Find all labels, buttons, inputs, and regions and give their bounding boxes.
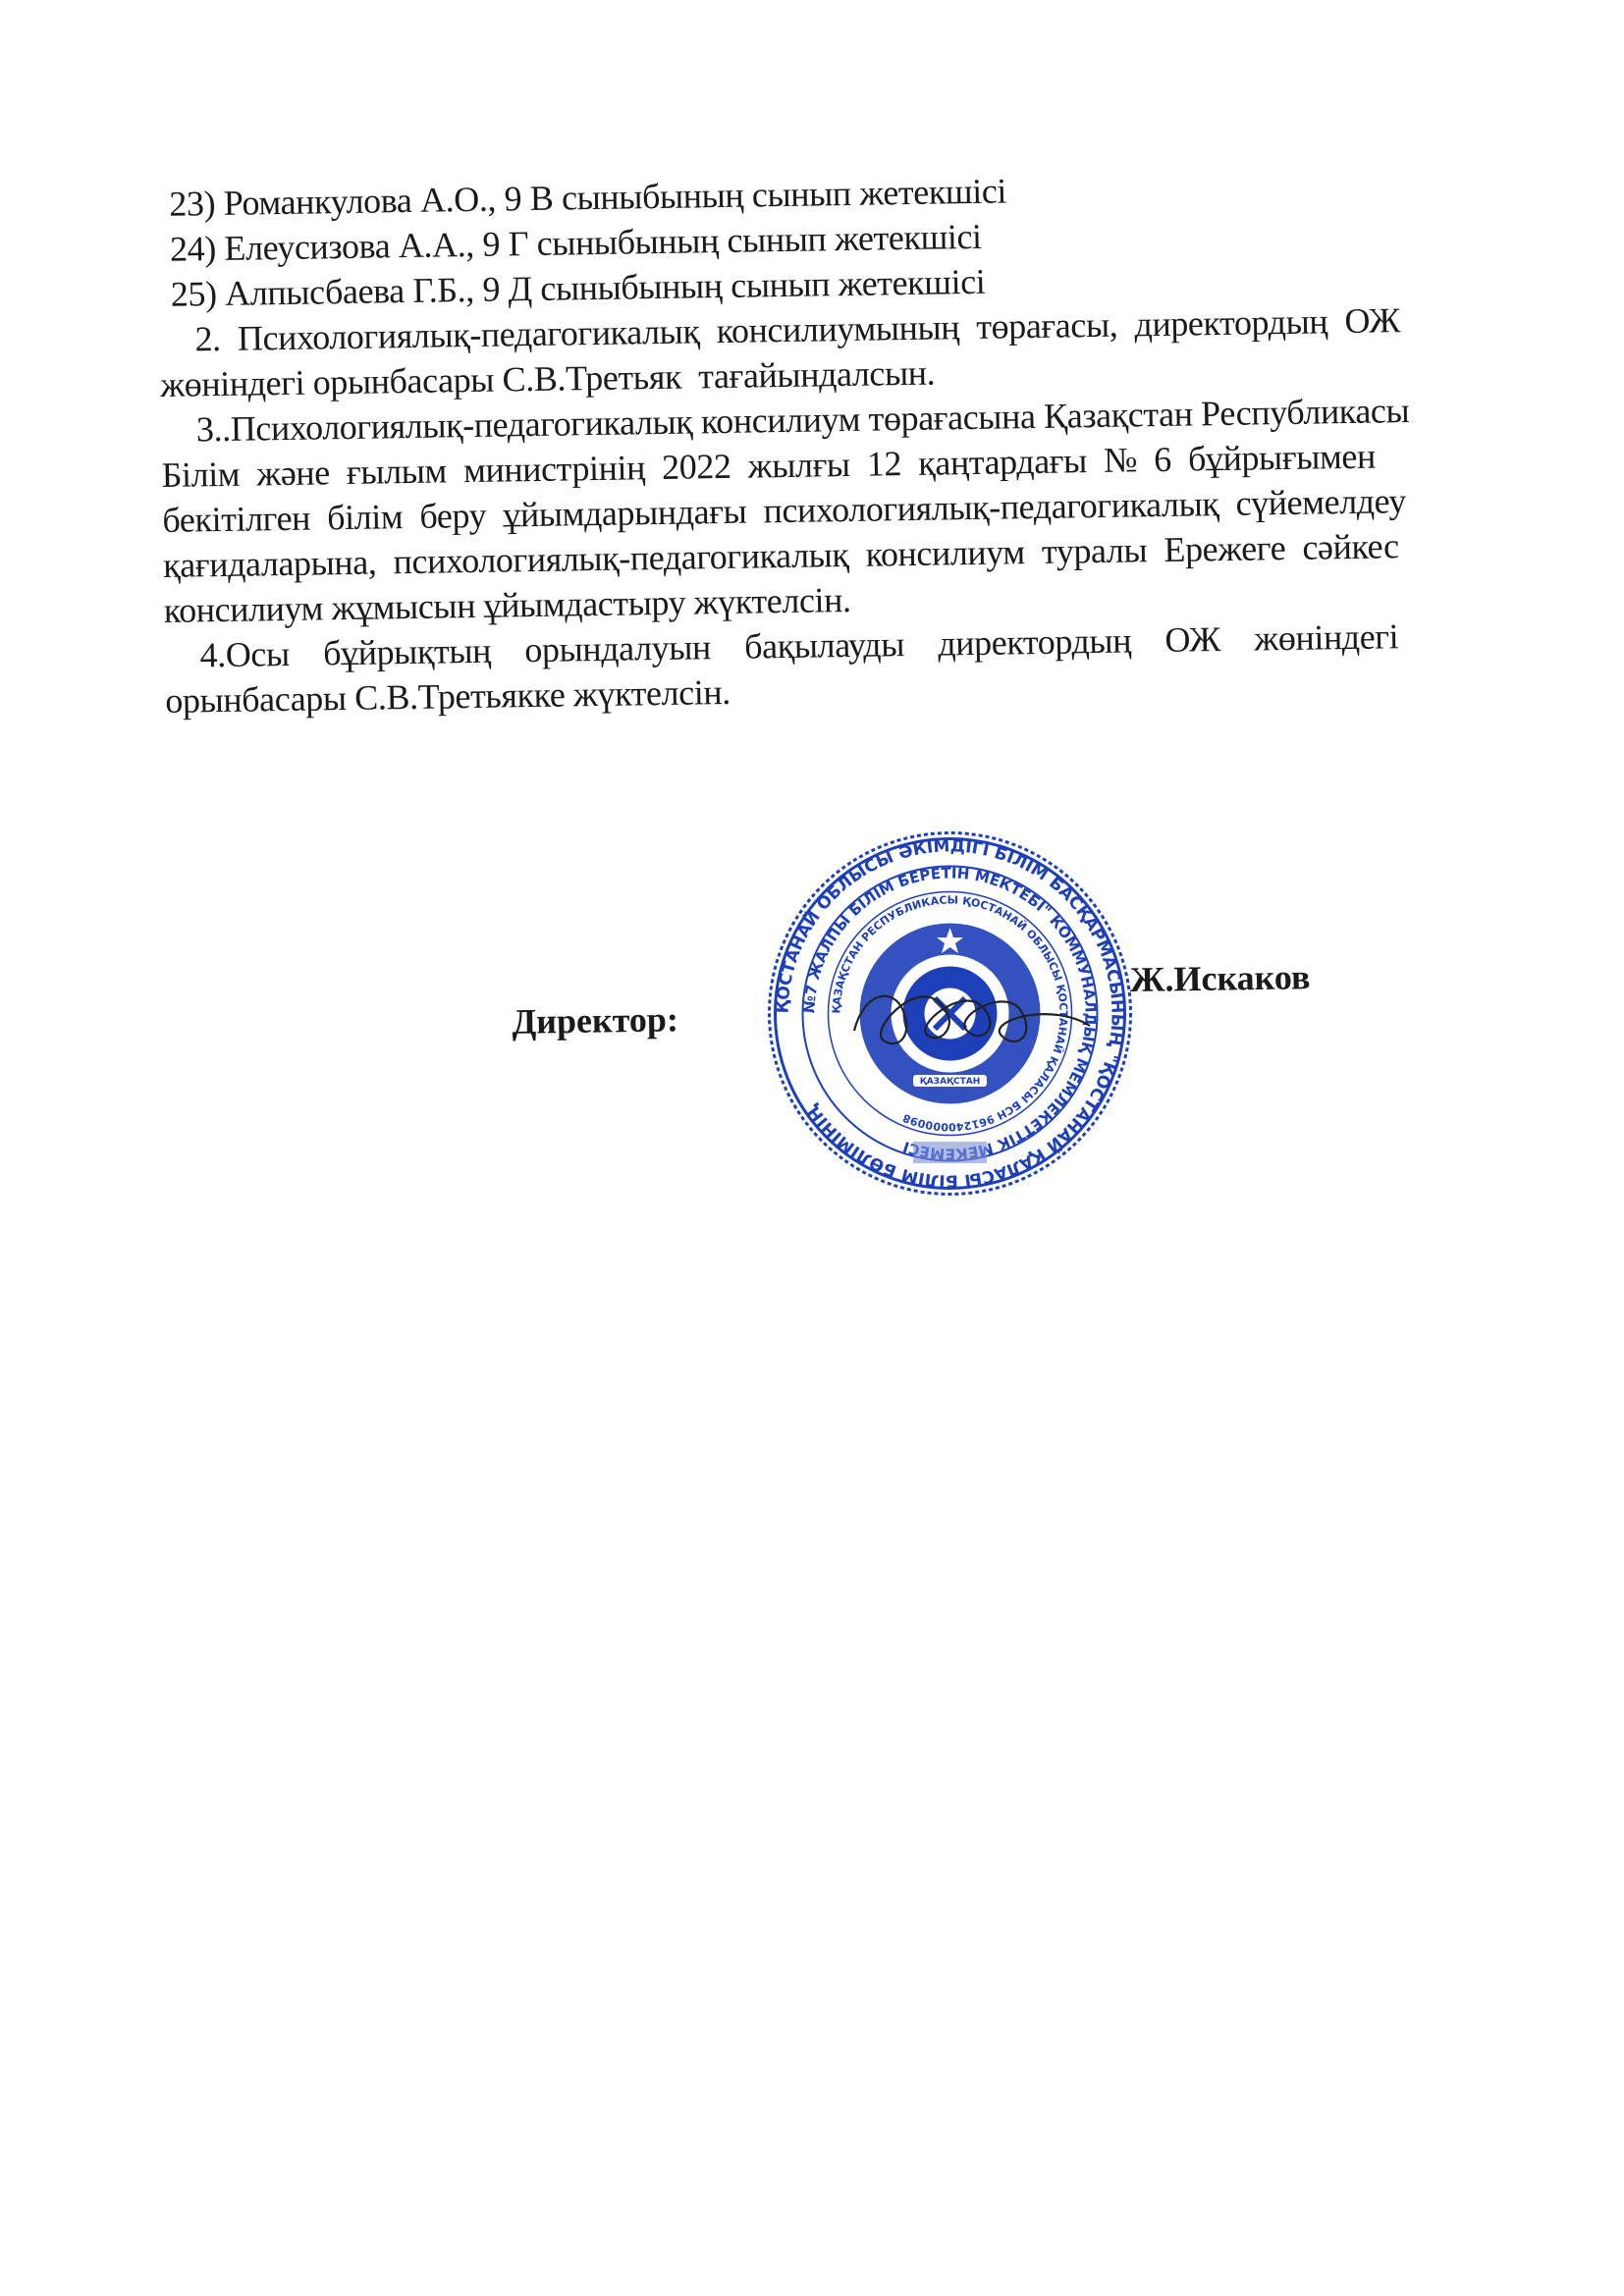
- stamp-emblem-label: ҚАЗАҚСТАН: [920, 1077, 981, 1087]
- director-label: Директор:: [512, 998, 678, 1042]
- document-page: 23) Романкулова А.О., 9 В сыныбының сыны…: [0, 0, 1624, 2296]
- handwritten-signature-icon: [844, 972, 1100, 1060]
- director-name: Ж.Искаков: [1129, 956, 1310, 1000]
